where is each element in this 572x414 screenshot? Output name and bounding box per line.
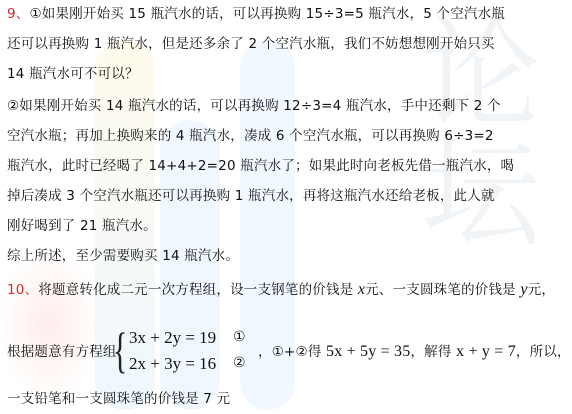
equation-1: 3x + 2y = 19 (129, 328, 216, 348)
q10-line-2-rest: ，①+②得 5x + 5y = 35，解得 x + y = 7，所以， (258, 343, 571, 361)
equation-2: 2x + 3y = 16 (129, 354, 216, 374)
result-equation: x + y = 7 (456, 343, 516, 360)
q9-line-5: 空汽水瓶；再加上换购来的 4 瓶汽水，凑成 6 个空汽水瓶，可以再换购 6÷3=… (7, 127, 494, 145)
watermark-logo-e (2, 250, 97, 400)
q9-conclusion: 综上所述，至少需要购买 14 瓶汽水。 (7, 247, 239, 265)
q10-number: 10、 (7, 282, 38, 298)
var-y: y (520, 281, 527, 298)
q9-line-2: 还可以再换购 1 瓶汽水，但是还多余了 2 个空汽水瓶，我们不妨想想刚开始只买 (7, 35, 495, 53)
q9-line-1: 9、①如果刚开始买 15 瓶汽水的话，可以再换购 15÷3=5 瓶汽水，5 个空… (7, 5, 505, 23)
equation-2-label: ② (233, 354, 246, 372)
q10-line-2-prefix: 根据题意有方程组 (7, 343, 117, 361)
q10-line-1: 10、将题意转化成二元一次方程组，设一支钢笔的价钱是 x元、一支圆珠笔的价钱是 … (7, 281, 555, 299)
q9-line-3: 14 瓶汽水可不可以？ (7, 65, 139, 83)
equation-1-label: ① (233, 328, 246, 346)
sum-equation: 5x + 5y = 35 (326, 343, 410, 360)
q9-line-8: 刚好喝到了 21 瓶汽水。 (7, 217, 157, 235)
brace-icon: { (113, 322, 127, 378)
q9-line-4: ②如果刚开始买 14 瓶汽水的话，可以再换购 12÷3=4 瓶汽水，手中还剩下 … (7, 97, 501, 115)
q9-line-6: 瓶汽水，此时已经喝了 14+4+2=20 瓶汽水了；如果此时向老板先借一瓶汽水，… (7, 157, 514, 175)
q9-number: 9、 (7, 6, 30, 22)
q9-line-7: 掉后凑成 3 个空汽水瓶还可以再换购 1 瓶汽水，再将这瓶汽水还给老板，此人就 (7, 187, 495, 205)
q10-line-3: 一支铅笔和一支圆珠笔的价钱是 7 元 (7, 390, 230, 408)
